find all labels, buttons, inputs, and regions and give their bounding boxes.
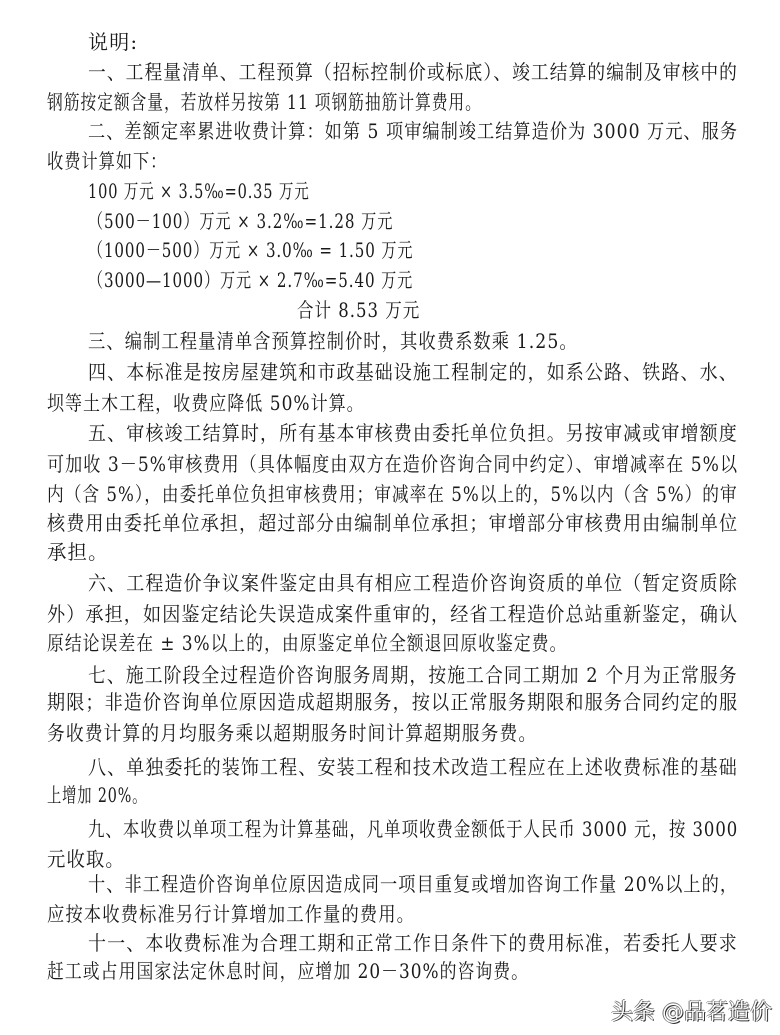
- text-line: 一、工程量清单、工程预算（招标控制价或标底）、竣工结算的编制及审核中的: [88, 60, 738, 84]
- text-line: （3000—1000）万元 × 2.7‰=5.40 万元: [88, 268, 413, 292]
- text-line: 应按本收费标准另行计算增加工作量的费用。: [47, 902, 415, 926]
- document-heading: 说明:: [88, 30, 138, 54]
- text-line: 期限；非造价咨询单位原因造成超期服务，按以正常服务期限和服务合同约定的服: [47, 690, 738, 714]
- text-line: 五、审核竣工结算时，所有基本审核费由委托单位负担。另按审减或审增额度: [88, 421, 738, 445]
- text-line: 上增加 20%。: [47, 783, 147, 807]
- text-line: 钢筋按定额含量，若放样另按第 11 项钢筋抽筋计算费用。: [47, 90, 482, 114]
- text-line: 承担。: [47, 540, 109, 564]
- text-line: 七、施工阶段全过程造价咨询服务周期，按施工合同工期加 2 个月为正常服务: [88, 663, 738, 687]
- text-line: 九、本收费以单项工程为计算基础，凡单项收费金额低于人民币 3000 元，按 30…: [88, 817, 738, 841]
- text-line: 原结论误差在 ± 3%以上的，由原鉴定单位全额退回原收鉴定费。: [47, 631, 567, 655]
- text-line: 赶工或占用国家法定休息时间，应增加 20－30%的咨询费。: [47, 959, 529, 983]
- watermark: 头条 @品茗造价: [611, 995, 772, 1026]
- text-line: 二、差额定率累进收费计算：如第 5 项审编制竣工结算造价为 3000 万元、服务: [88, 119, 738, 143]
- text-line: 可加收 3－5%审核费用（具体幅度由双方在造价咨询合同中约定）、审增减率在 5%…: [47, 452, 738, 476]
- text-line: 十、非工程造价咨询单位原因造成同一项目重复或增加咨询工作量 20%以上的，: [88, 872, 738, 896]
- text-line: 八、单独委托的装饰工程、安装工程和技术改造工程应在上述收费标准的基础: [88, 755, 738, 779]
- text-line: 核费用由委托单位承担，超过部分由编制单位承担；审增部分审核费用由编制单位: [47, 511, 738, 535]
- text-line: 收费计算如下：: [47, 149, 167, 173]
- document-page: 说明: 一、工程量清单、工程预算（招标控制价或标底）、竣工结算的编制及审核中的钢…: [0, 0, 780, 1035]
- text-line: （1000－500）万元 × 3.0‰ = 1.50 万元: [88, 238, 413, 262]
- text-line: 三、编制工程量清单含预算控制价时，其收费系数乘 1.25。: [88, 329, 578, 353]
- text-line: 务收费计算的月均服务乘以超期服务时间计算超期服务费。: [47, 721, 537, 745]
- text-line: 四、本标准是按房屋建筑和市政基础设施工程制定的，如系公路、铁路、水、: [88, 360, 738, 384]
- text-line: 内（含 5%），由委托单位负担审核费用；审减率在 5%以上的，5%以内（含 5%…: [47, 482, 738, 506]
- text-line: （500－100）万元 × 3.2‰=1.28 万元: [88, 209, 393, 233]
- text-line: 坝等土木工程，收费应降低 50%计算。: [47, 391, 365, 415]
- text-line: 十一、本收费标准为合理工期和正常工作日条件下的费用标准，若委托人要求: [88, 931, 738, 955]
- text-line: 六、工程造价争议案件鉴定由具有相应工程造价咨询资质的单位（暂定资质除: [88, 571, 738, 595]
- text-line: 100 万元 × 3.5‰=0.35 万元: [88, 179, 310, 203]
- text-line: 元收取。: [47, 847, 125, 871]
- text-line: 外）承担，如因鉴定结论失误造成案件重审的，经省工程造价总站重新鉴定，确认: [47, 602, 738, 626]
- text-line: 合计 8.53 万元: [297, 298, 420, 322]
